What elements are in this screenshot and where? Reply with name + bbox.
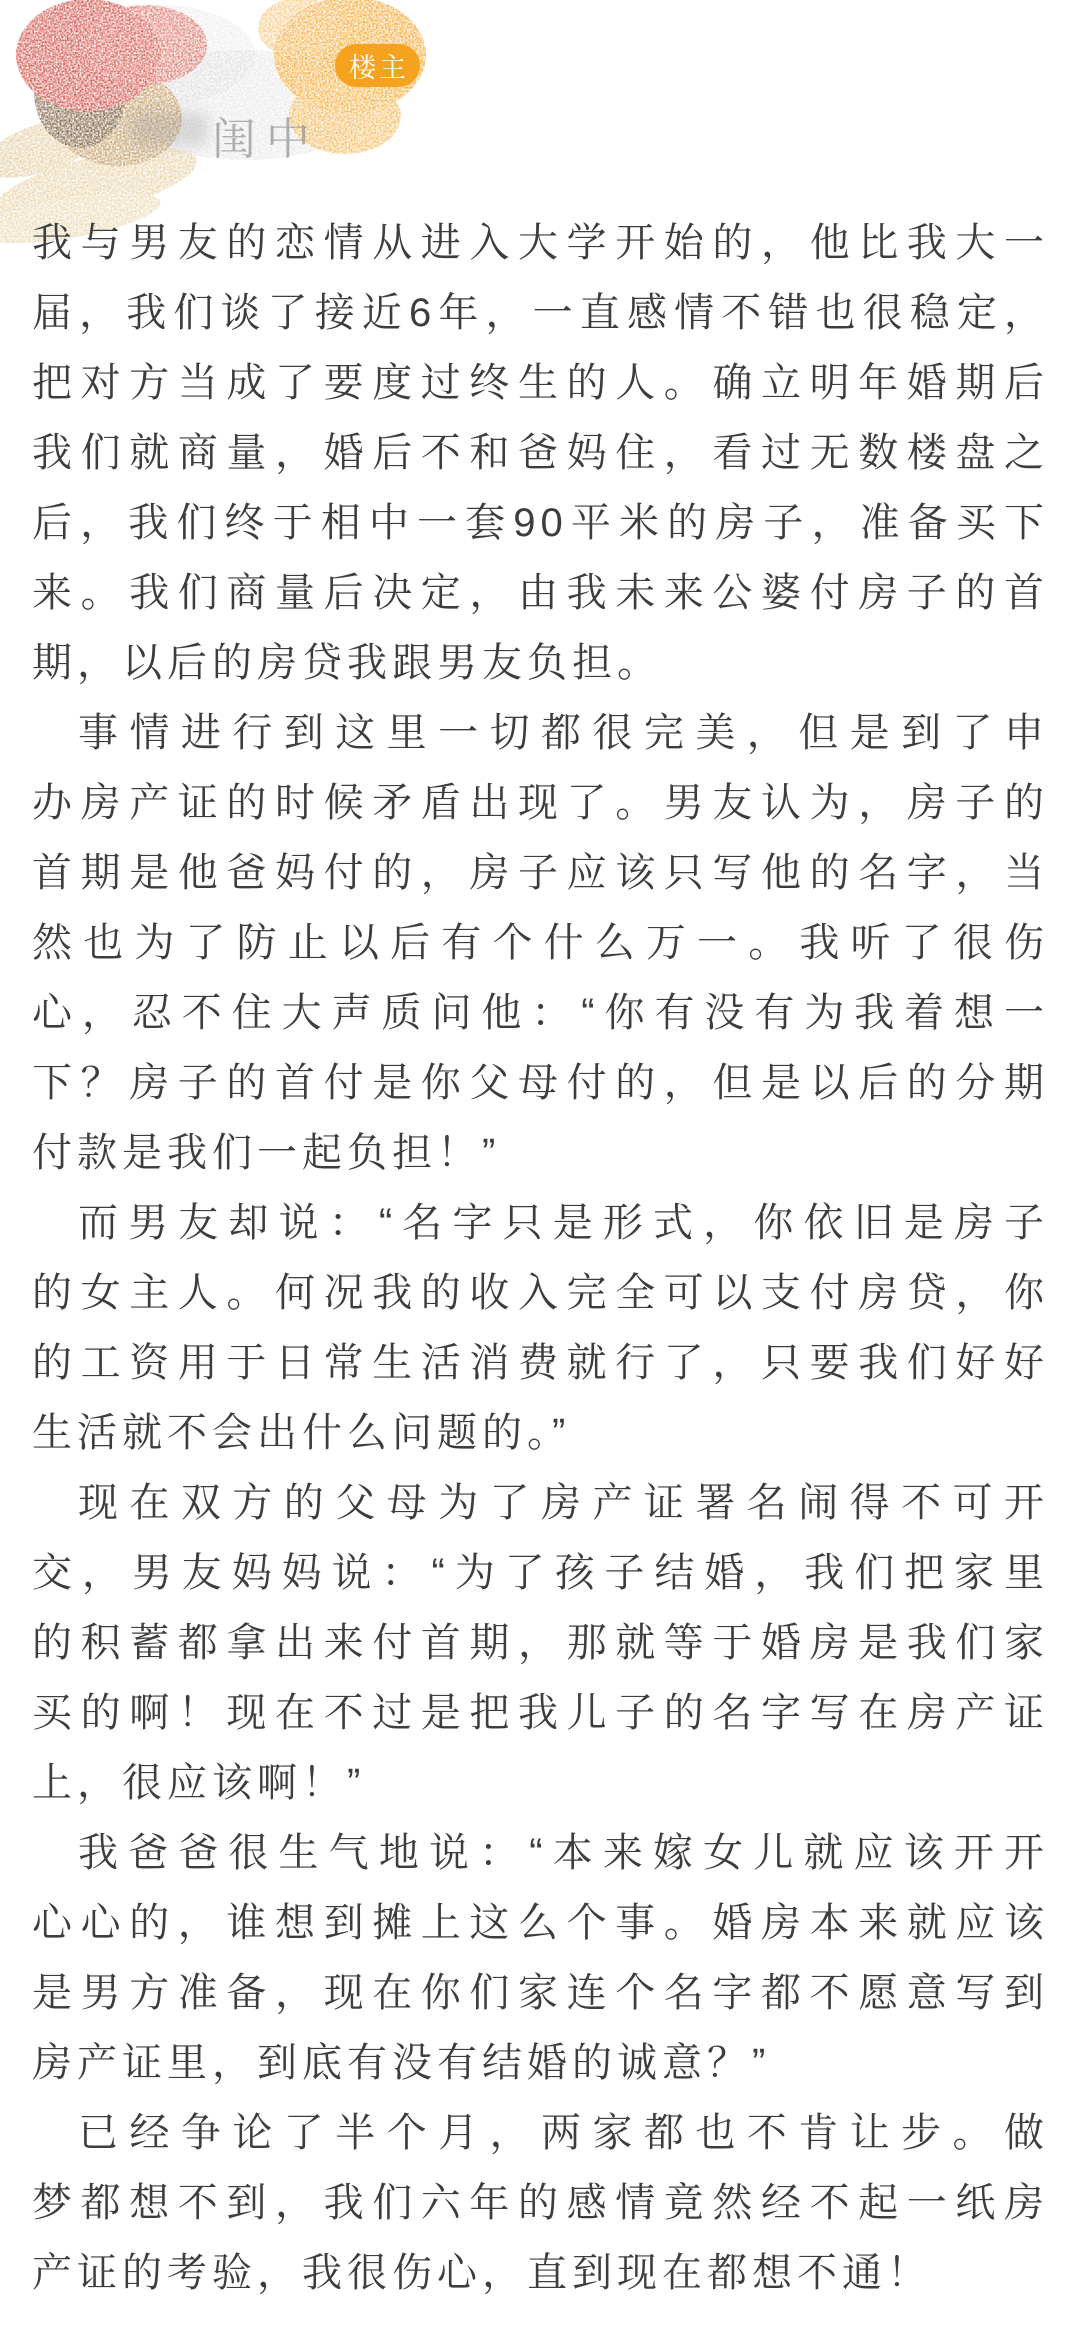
text-line: 房产证里，到底有没有结婚的诚意？” — [32, 2028, 1049, 2098]
red-blob-paint — [16, 0, 160, 111]
text-line: 已经争论了半个月，两家都也不肯让步。做 — [32, 2098, 1049, 2168]
text-line: 现在双方的父母为了房产证署名闹得不可开 — [32, 1468, 1049, 1538]
text-line: 产证的考验，我很伤心，直到现在都想不通！ — [32, 2238, 1049, 2308]
text-line: 后，我们终于相中一套90平米的房子，准备买下 — [32, 488, 1049, 558]
text-line: 付款是我们一起负担！” — [32, 1118, 1049, 1188]
text-line: 把对方当成了要度过终生的人。确立明年婚期后 — [32, 348, 1049, 418]
text-line: 买的啊！现在不过是把我儿子的名字写在房产证 — [32, 1678, 1049, 1748]
text-line: 而男友却说：“名字只是形式，你依旧是房子 — [32, 1188, 1049, 1258]
text-line: 的积蓄都拿出来付首期，那就等于婚房是我们家 — [32, 1608, 1049, 1678]
gray-mist-paint — [120, 50, 370, 160]
text-line: 首期是他爸妈付的，房子应该只写他的名字，当 — [32, 838, 1049, 908]
text-line: 然也为了防止以后有个什么万一。我听了很伤 — [32, 908, 1049, 978]
text-line: 事情进行到这里一切都很完美，但是到了申 — [32, 698, 1049, 768]
text-line: 梦都想不到，我们六年的感情竟然经不起一纸房 — [32, 2168, 1049, 2238]
text-line: 来。我们商量后决定，由我未来公婆付房子的首 — [32, 558, 1049, 628]
text-line: 下？房子的首付是你父母付的，但是以后的分期 — [32, 1048, 1049, 1118]
text-line: 心，忍不住大声质问他：“你有没有为我着想一 — [32, 978, 1049, 1048]
text-line: 的女主人。何况我的收入完全可以支付房贷，你 — [32, 1258, 1049, 1328]
text-line: 心心的，谁想到摊上这么个事。婚房本来就应该 — [32, 1888, 1049, 1958]
text-line: 是男方准备，现在你们家连个名字都不愿意写到 — [32, 1958, 1049, 2028]
post-body: 我与男友的恋情从进入大学开始的，他比我大一届，我们谈了接近6年，一直感情不错也很… — [32, 208, 1049, 2308]
original-poster-badge: 楼主 — [335, 44, 420, 87]
text-line: 交，男友妈妈说：“为了孩子结婚，我们把家里 — [32, 1538, 1049, 1608]
text-line: 届，我们谈了接近6年，一直感情不错也很稳定， — [32, 278, 1049, 348]
watermark-text: 闺中 — [212, 103, 320, 167]
text-line: 生活就不会出什么问题的。” — [32, 1398, 1049, 1468]
text-line: 上，很应该啊！” — [32, 1748, 1049, 1818]
text-line: 我与男友的恋情从进入大学开始的，他比我大一 — [32, 208, 1049, 278]
faded-text-smudge — [130, 112, 208, 146]
text-line: 办房产证的时候矛盾出现了。男友认为，房子的 — [32, 768, 1049, 838]
text-line: 我爸爸很生气地说：“本来嫁女儿就应该开开 — [32, 1818, 1049, 1888]
orange-patch-paint — [274, 0, 426, 113]
text-line: 期，以后的房贷我跟男友负担。 — [32, 628, 1049, 698]
tan-blob-paint — [54, 70, 182, 166]
text-line: 的工资用于日常生活消费就行了，只要我们好好 — [32, 1328, 1049, 1398]
article-page: 闺中 楼主 我与男友的恋情从进入大学开始的，他比我大一届，我们谈了接近6年，一直… — [0, 0, 1079, 2344]
text-line: 我们就商量，婚后不和爸妈住，看过无数楼盘之 — [32, 418, 1049, 488]
brown-blob-paint — [34, 36, 126, 148]
